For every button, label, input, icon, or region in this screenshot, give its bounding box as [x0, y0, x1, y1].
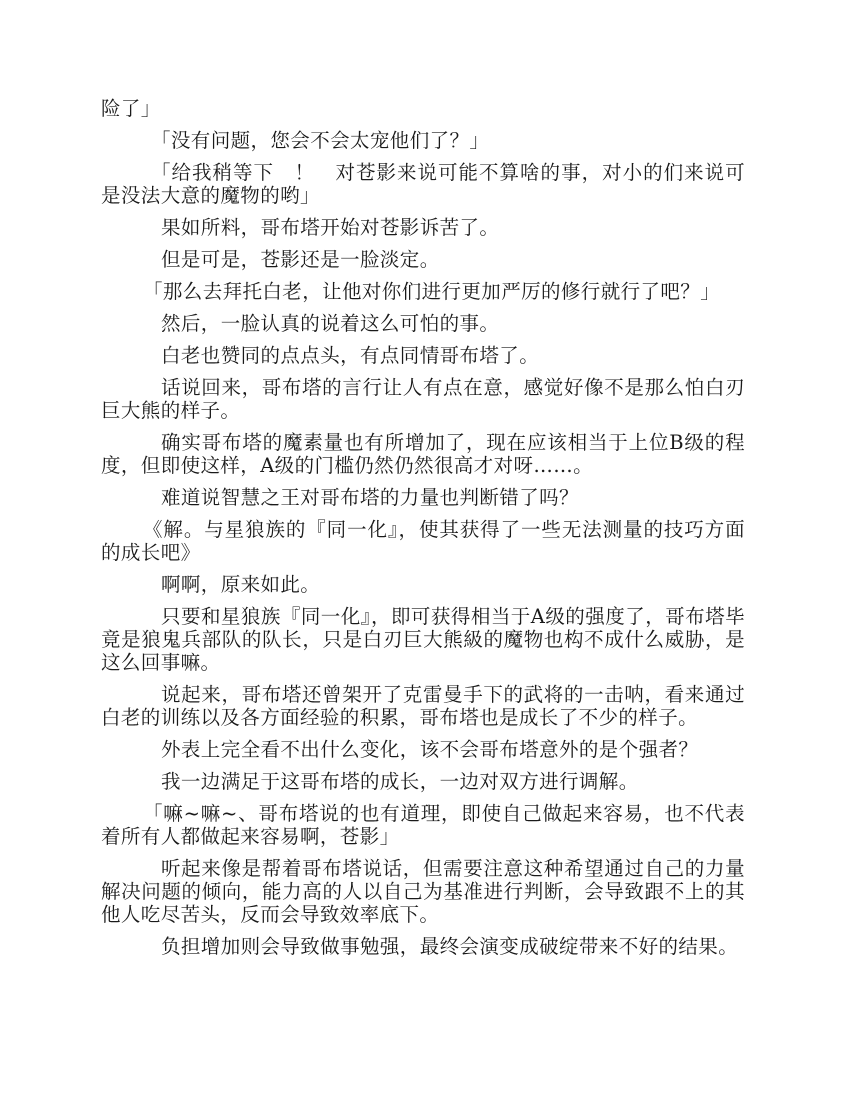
paragraph: 白老也赞同的点点头，有点同情哥布塔了。: [101, 344, 745, 367]
paragraph: 只要和星狼族『同一化』，即可获得相当于A级的强度了，哥布塔毕竟是狼鬼兵部队的队长…: [101, 605, 745, 674]
paragraph: 「没有问题，您会不会太宠他们了？」: [101, 129, 745, 152]
document-page: 险了」 「没有问题，您会不会太宠他们了？」 「给我稍等下 ！ 对苍影来说可能不算…: [101, 97, 745, 967]
paragraph: 险了」: [101, 97, 745, 120]
paragraph: 《解。与星狼族的『同一化』，使其获得了一些无法测量的技巧方面的成长吧》: [101, 518, 745, 564]
paragraph: 说起来，哥布塔还曾架开了克雷曼手下的武将的一击呐，看来通过白老的训练以及各方面经…: [101, 683, 745, 729]
paragraph: 外表上完全看不出什么变化，该不会哥布塔意外的是个强者？: [101, 738, 745, 761]
paragraph: 负担增加则会导致做事勉强，最终会演变成破绽带来不好的结果。: [101, 935, 745, 958]
paragraph: 听起来像是帮着哥布塔说话，但需要注意这种希望通过自己的力量解决问题的倾向，能力高…: [101, 857, 745, 926]
paragraph: 啊啊，原来如此。: [101, 573, 745, 596]
paragraph: 确实哥布塔的魔素量也有所增加了，现在应该相当于上位B级的程度，但即使这样，A级的…: [101, 431, 745, 477]
paragraph: 我一边满足于这哥布塔的成长，一边对双方进行调解。: [101, 770, 745, 793]
paragraph: 然后，一脸认真的说着这么可怕的事。: [101, 312, 745, 335]
paragraph: 难道说智慧之王对哥布塔的力量也判断错了吗？: [101, 486, 745, 509]
paragraph: 果如所料，哥布塔开始对苍影诉苦了。: [101, 216, 745, 239]
paragraph: 话说回来，哥布塔的言行让人有点在意，感觉好像不是那么怕白刃巨大熊的样子。: [101, 376, 745, 422]
paragraph: 但是可是，苍影还是一脸淡定。: [101, 248, 745, 271]
paragraph: 「给我稍等下 ！ 对苍影来说可能不算啥的事，对小的们来说可是没法大意的魔物的哟」: [101, 161, 745, 207]
paragraph: 「那么去拜托白老，让他对你们进行更加严厉的修行就行了吧？」: [101, 280, 745, 303]
paragraph: 「嘛~嘛~、哥布塔说的也有道理，即使自己做起来容易，也不代表着所有人都做起来容易…: [101, 802, 745, 848]
